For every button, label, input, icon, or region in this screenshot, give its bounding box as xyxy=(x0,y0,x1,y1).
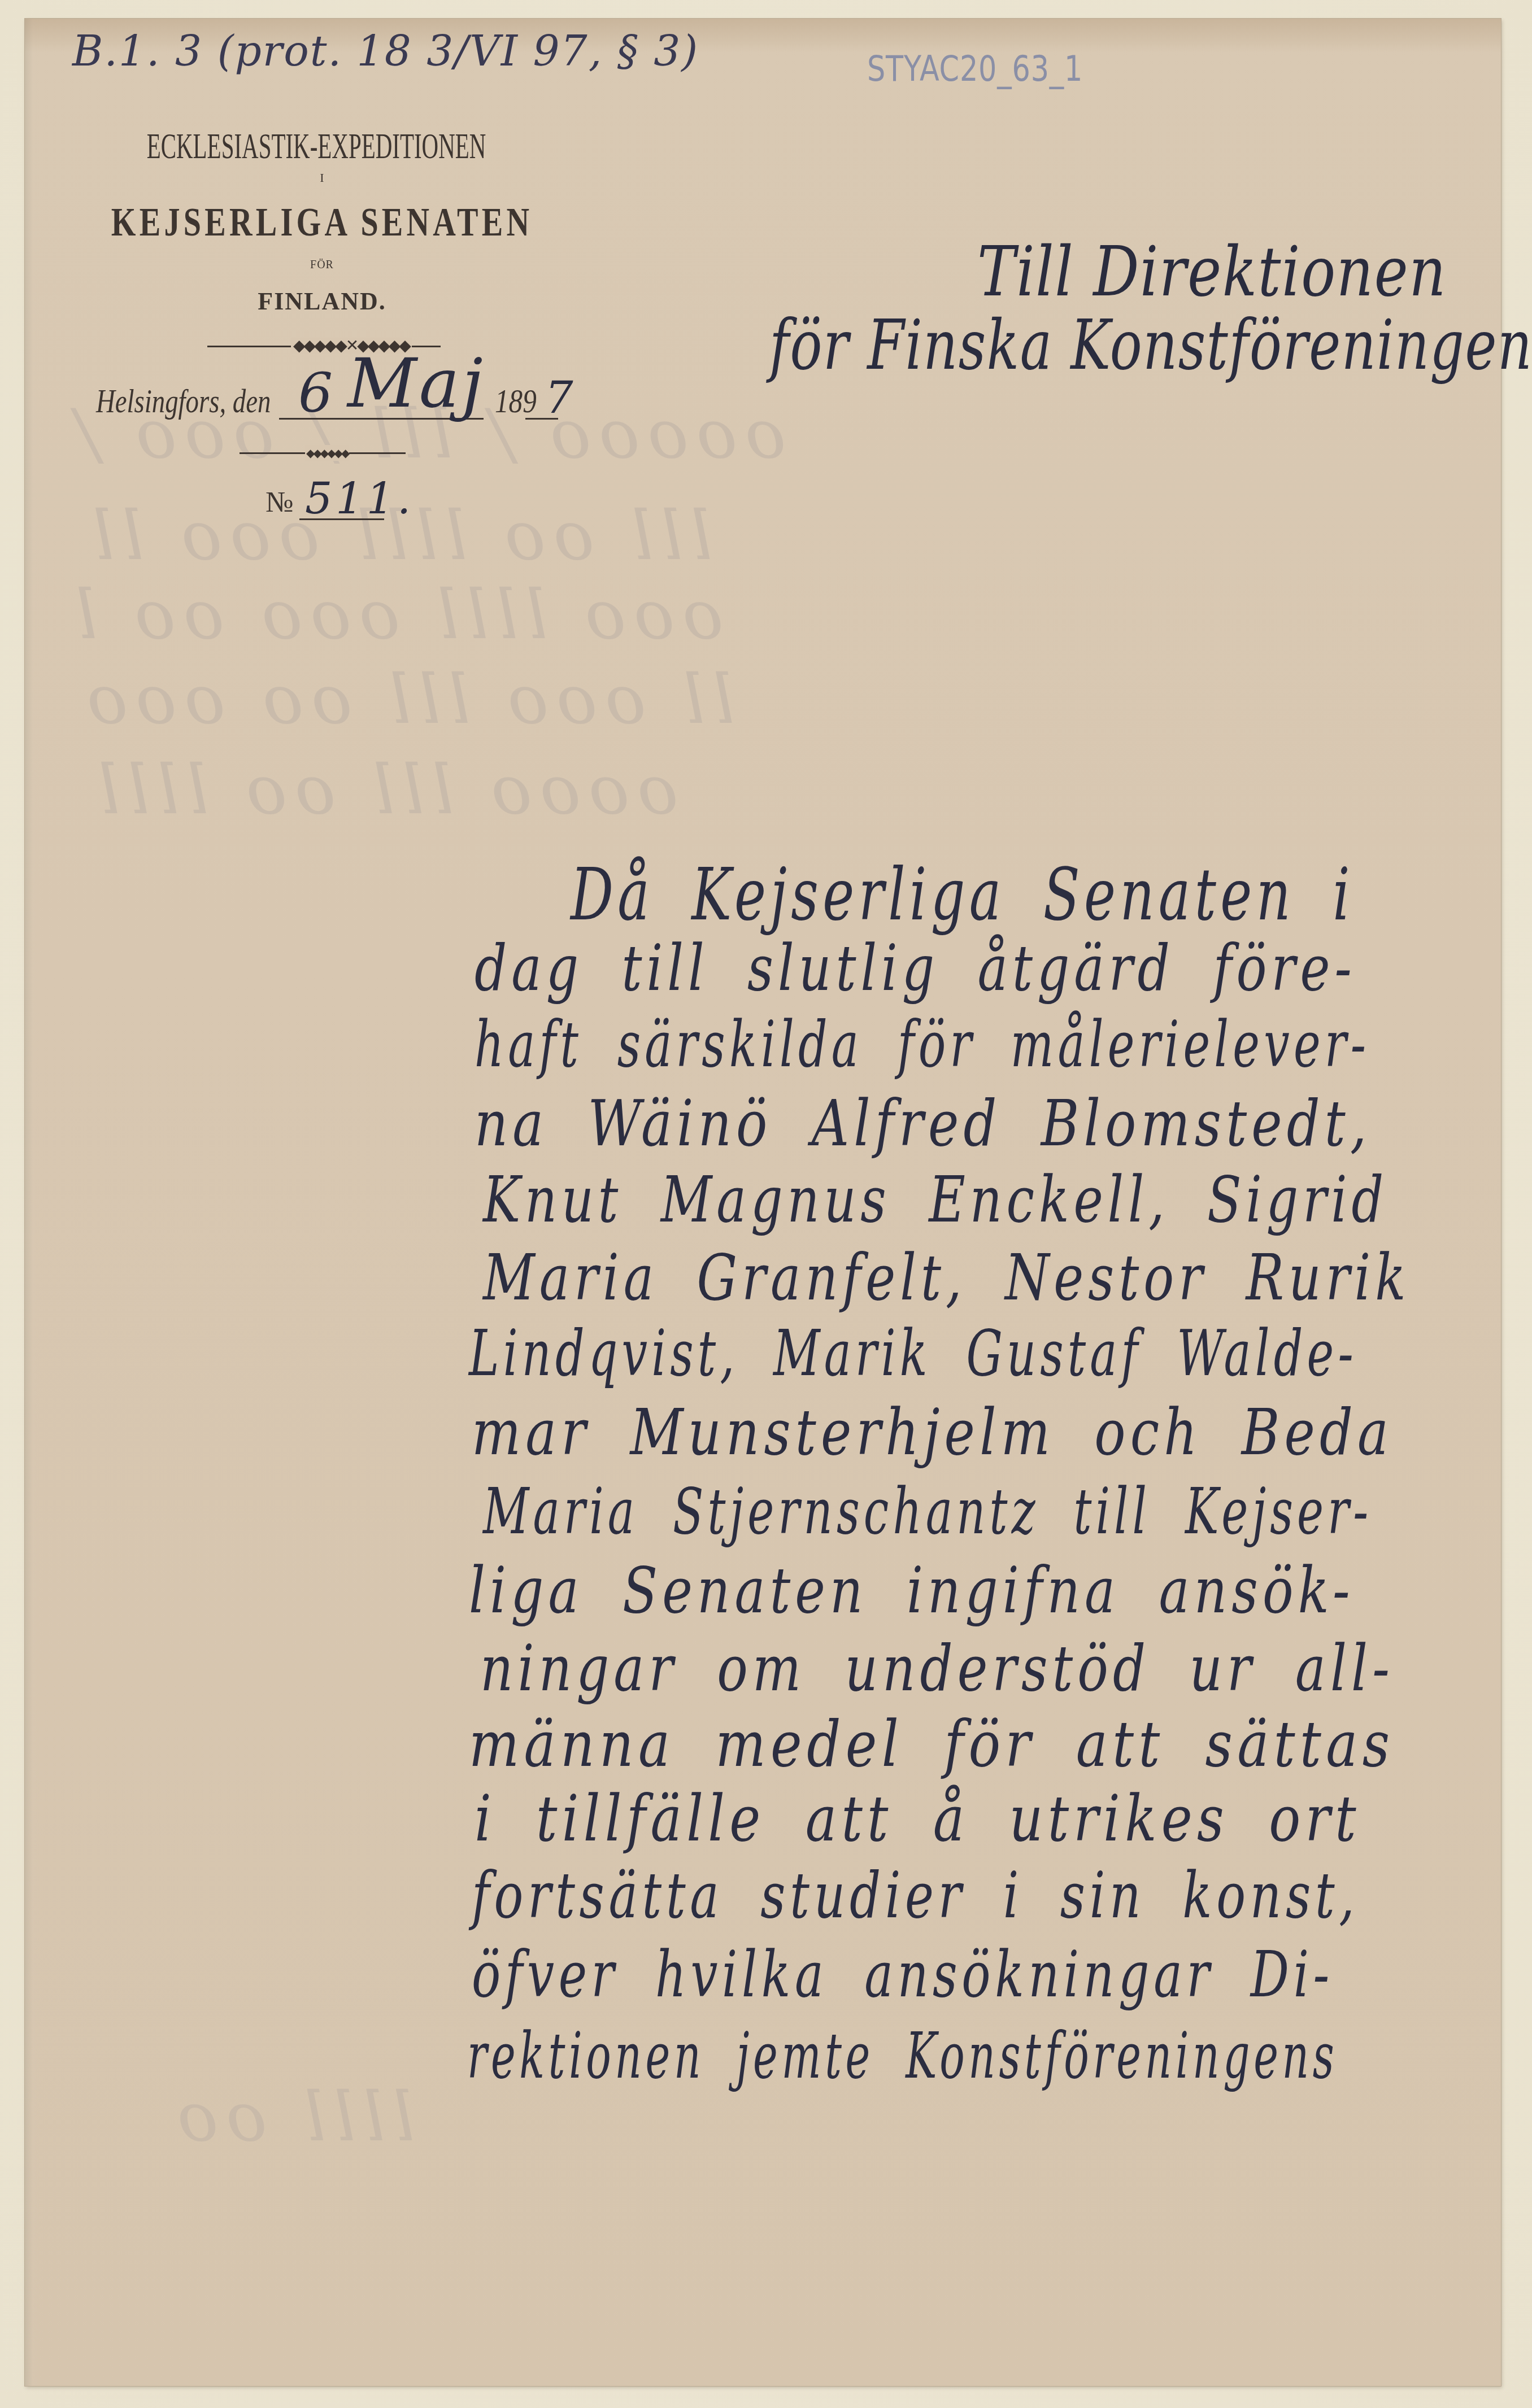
number-value: 511. xyxy=(305,473,414,524)
body-line: ningar om understöd ur all- xyxy=(480,1632,1394,1705)
body-line: Då Kejserliga Senaten i xyxy=(571,853,1354,937)
letterhead-country: FINLAND. xyxy=(68,287,576,316)
body-line: fortsätta studier i sin konst, xyxy=(472,1859,1359,1932)
body-line: haft särskilda för målerielever- xyxy=(475,1008,1370,1081)
letterhead-institution: KEJSERLIGA SENATEN xyxy=(97,199,547,246)
addressee-line-2: för Finska Konstföreningen. xyxy=(769,305,1532,385)
body-line: dag till slutlig åtgärd före- xyxy=(475,932,1356,1005)
body-line: mar Munsterhjelm och Beda xyxy=(472,1396,1393,1469)
date-day: 6 xyxy=(298,361,333,425)
body-line: liga Senaten ingifna ansök- xyxy=(469,1554,1355,1628)
letterhead-department: ECKLESIASTIK-EXPEDITIONEN xyxy=(143,125,490,167)
date-month: Maj xyxy=(347,344,485,423)
letterhead-connector: I xyxy=(68,171,576,185)
number-label: № xyxy=(266,486,294,519)
place-date-label: Helsingfors, den xyxy=(96,382,271,421)
letterhead-for-label: FÖR xyxy=(68,259,576,272)
archive-catalog-code: STYAC20_63_1 xyxy=(867,48,1083,89)
body-line: Maria Stjernschantz till Kejser- xyxy=(483,1475,1372,1548)
body-line: Knut Magnus Enckell, Sigrid xyxy=(483,1163,1388,1237)
year-printed: 189 xyxy=(495,382,537,421)
number-underline xyxy=(299,518,384,520)
year-underline xyxy=(525,418,558,420)
body-line: männa medel för att sättas xyxy=(469,1708,1394,1781)
body-line: na Wäinö Alfred Blomstedt, xyxy=(475,1087,1371,1161)
ornament-dots-icon: ◆◆◆◆◆◆ xyxy=(305,445,349,461)
addressee-line-1: Till Direktionen xyxy=(977,232,1447,312)
archive-reference-note: B.1. 3 (prot. 18 3/VI 97, § 3) xyxy=(72,27,699,76)
body-line: i tillfälle att å utrikes ort xyxy=(475,1782,1361,1856)
body-line: rektionen jemte Konstföreningens xyxy=(467,2019,1338,2093)
body-line: öfver hvilka ansökningar Di- xyxy=(472,1938,1334,2012)
body-line: Lindqvist, Marik Gustaf Walde- xyxy=(469,1317,1357,1390)
year-handwritten-digit: 7 xyxy=(545,373,573,424)
body-line: Maria Granfelt, Nestor Rurik xyxy=(483,1241,1411,1315)
